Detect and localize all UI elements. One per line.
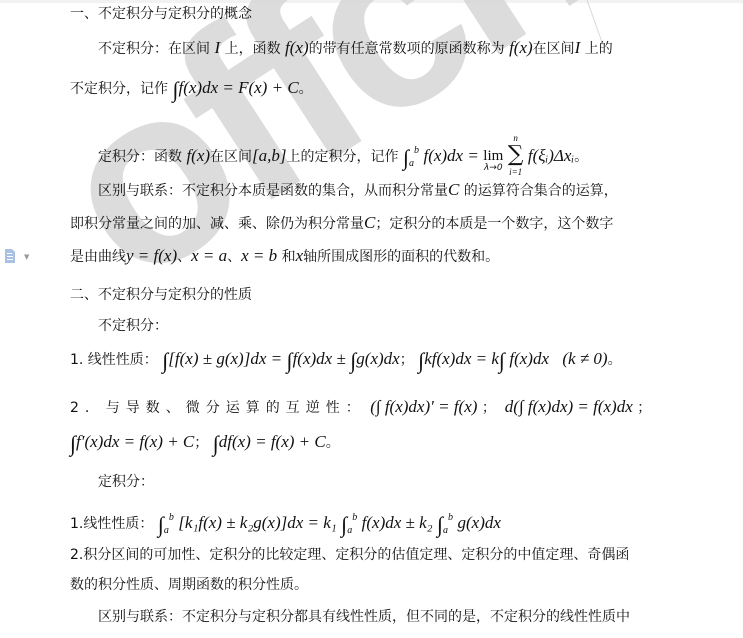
text: ； bbox=[194, 435, 208, 451]
math: f(x) bbox=[186, 146, 210, 165]
math: f(x) bbox=[285, 38, 309, 57]
upper-limit: b bbox=[352, 512, 357, 523]
text: 区别与联系：不定积分本质是函数的集合，从而积分常量 bbox=[98, 183, 448, 199]
text: 不定积分：在区间 bbox=[98, 41, 210, 57]
upper-limit: b bbox=[169, 512, 174, 523]
document-body: 一、不定积分与定积分的概念 不定积分：在区间 I 上，函数 f(x)的带有任意常… bbox=[0, 0, 743, 638]
math: f(x)dx bbox=[509, 349, 549, 368]
math: g(x)dx bbox=[356, 349, 399, 368]
property-definite-list-2: 数的积分性质、周期函数的积分性质。 bbox=[70, 575, 308, 595]
math: I bbox=[214, 38, 220, 57]
property-inverse-indefinite: 2. 与导数、微分运算的互逆性： (∫ f(x)dx)′ = f(x) ； d(… bbox=[70, 397, 651, 418]
math: df(x) = f(x) + C bbox=[219, 432, 326, 451]
math: f(x)dx = bbox=[423, 146, 478, 165]
lim-subscript: λ→0 bbox=[483, 162, 503, 174]
math: y = f(x) bbox=[126, 246, 177, 265]
text: 1.线性性质： bbox=[70, 516, 153, 532]
text: 是由曲线 bbox=[70, 249, 126, 265]
math: x = a bbox=[191, 246, 227, 265]
lower-limit: a bbox=[347, 525, 352, 536]
property-inverse-indefinite-cont: ∫f′(x)dx = f(x) + C； ∫df(x) = f(x) + C。 bbox=[70, 432, 340, 454]
property-linear-indefinite: 1. 线性性质： ∫[f(x) ± g(x)]dx = ∫f(x)dx ± ∫g… bbox=[70, 349, 622, 371]
math: [a,b] bbox=[252, 146, 286, 165]
math: f(x)dx ± bbox=[293, 349, 346, 368]
text: 定积分：函数 bbox=[98, 149, 182, 165]
text: ； bbox=[400, 352, 414, 368]
text: 、 bbox=[227, 249, 241, 265]
text: 上的 bbox=[585, 41, 613, 57]
relation-line-3: 是由曲线y = f(x)、x = a、x = b 和x轴所围成图形的面积的代数和… bbox=[70, 246, 499, 267]
text: 的运算符合集合的运算， bbox=[464, 183, 618, 199]
math: I bbox=[575, 38, 581, 57]
integral-symbol: ∫ bbox=[499, 351, 505, 371]
limit: limλ→0 bbox=[483, 150, 503, 174]
math: [f(x) ± g(x)]dx = bbox=[168, 349, 282, 368]
text: ；定积分的本质是一个数字，这个数字 bbox=[375, 216, 613, 232]
upper-limit: b bbox=[414, 145, 419, 156]
lower-limit: a bbox=[164, 525, 169, 536]
text: ； bbox=[482, 400, 496, 416]
math: d(∫ f(x)dx) = f(x)dx bbox=[505, 397, 633, 416]
math: g(x)dx bbox=[458, 513, 501, 532]
indefinite-notation: 不定积分，记作 ∫f(x)dx = F(x) + C。 bbox=[70, 78, 313, 100]
document-outline-icon[interactable] bbox=[4, 249, 16, 263]
text: 。 bbox=[326, 435, 340, 451]
sum-lower: i=1 bbox=[508, 166, 524, 178]
indefinite-subtitle: 不定积分： bbox=[98, 316, 168, 336]
text: 的带有任意常数项的原函数称为 bbox=[309, 41, 505, 57]
heading-1: 一、不定积分与定积分的概念 bbox=[70, 4, 252, 24]
text: ； bbox=[637, 400, 651, 416]
relation-line-2: 即积分常量之间的加、减、乘、除仍为积分常量C；定积分的本质是一个数字，这个数字 bbox=[70, 213, 613, 234]
heading-2: 二、不定积分与定积分的性质 bbox=[70, 285, 252, 305]
text: 。 bbox=[574, 149, 588, 165]
indefinite-definition: 不定积分：在区间 I 上，函数 f(x)的带有任意常数项的原函数称为 f(x)在… bbox=[98, 38, 613, 59]
math: f′(x)dx = f(x) + C bbox=[76, 432, 194, 451]
math: f(x) bbox=[509, 38, 533, 57]
text: 即积分常量之间的加、减、乘、除仍为积分常量 bbox=[70, 216, 364, 232]
text: 。 bbox=[299, 81, 313, 97]
math: C bbox=[364, 213, 375, 232]
math: (k ≠ 0) bbox=[562, 349, 607, 368]
text: 在区间 bbox=[533, 41, 575, 57]
math: (∫ f(x)dx)′ = f(x) bbox=[370, 397, 477, 416]
math: x = b bbox=[241, 246, 277, 265]
relation-line-1: 区别与联系：不定积分本质是函数的集合，从而积分常量C 的运算符合集合的运算， bbox=[98, 180, 618, 201]
text: 和 bbox=[282, 249, 296, 265]
text: 在区间 bbox=[210, 149, 252, 165]
text: 2. 与导数、微分运算的互逆性： bbox=[70, 400, 366, 416]
math: C bbox=[448, 180, 459, 199]
summation: n∑i=1 bbox=[508, 132, 524, 178]
property-definite-list-1: 2.积分区间的可加性、定积分的比较定理、定积分的估值定理、定积分的中值定理、奇偶… bbox=[70, 545, 629, 565]
property-linear-definite: 1.线性性质： ∫ab [k₁f(x) ± k₂g(x)]dx = k₁ ∫ab… bbox=[70, 508, 501, 541]
lower-limit: a bbox=[409, 158, 414, 169]
upper-limit: b bbox=[448, 512, 453, 523]
math: kf(x)dx = k bbox=[424, 349, 499, 368]
definite-subtitle: 定积分： bbox=[98, 472, 154, 492]
math: f(x)dx ± k₂ bbox=[362, 513, 433, 532]
math: f(x)dx = F(x) + C bbox=[178, 78, 298, 97]
dropdown-caret-icon[interactable]: ▼ bbox=[24, 253, 29, 261]
text: 不定积分，记作 bbox=[70, 81, 168, 97]
lower-limit: a bbox=[443, 525, 448, 536]
definite-definition: 定积分：函数 f(x)在区间[a,b]上的定积分，记作 ∫ab f(x)dx =… bbox=[98, 132, 588, 178]
sigma-symbol: ∑ bbox=[508, 144, 524, 166]
math: f(ξᵢ)Δxᵢ bbox=[528, 146, 574, 165]
relation-last: 区别与联系：不定积分与定积分都具有线性性质，但不同的是，不定积分的线性性质中 bbox=[98, 607, 630, 627]
text: 。 bbox=[608, 352, 622, 368]
text: 上的定积分，记作 bbox=[287, 149, 399, 165]
math: [k₁f(x) ± k₂g(x)]dx = k₁ bbox=[178, 513, 336, 532]
text: 1. 线性性质： bbox=[70, 352, 158, 368]
text: 上，函数 bbox=[225, 41, 281, 57]
text: 、 bbox=[177, 249, 191, 265]
text: 轴所围成图形的面积的代数和。 bbox=[303, 249, 499, 265]
